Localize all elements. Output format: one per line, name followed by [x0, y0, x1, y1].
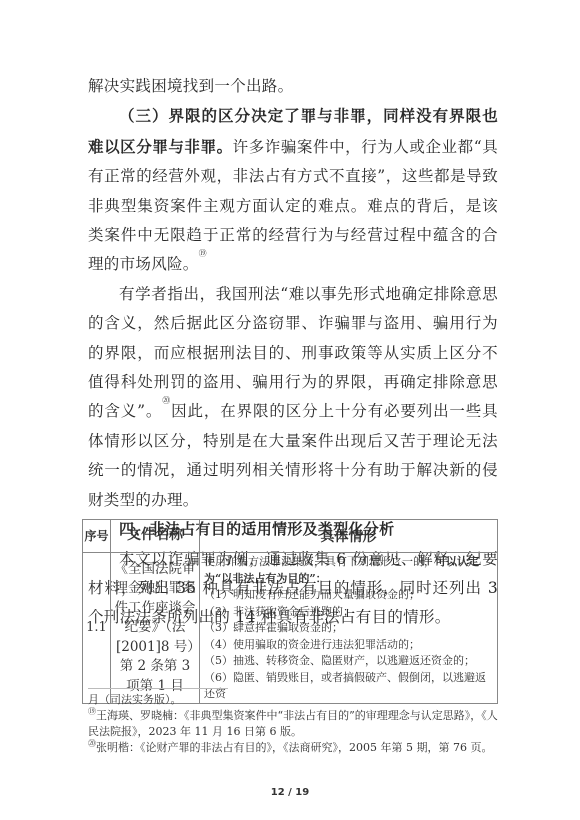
header-seq: 序号 — [83, 520, 111, 553]
paragraph-text: 许多诈骗案件中，行为人或企业都“具有正常的经营外观，非法占有方式不直接”，这些都… — [88, 138, 498, 274]
paragraph-boundary: （三）界限的区分决定了罪与非罪，同样没有界限也难以区分罪与非罪。许多诈骗案件中，… — [88, 101, 498, 279]
page-number: 12 / 19 — [0, 787, 580, 798]
paragraph-continuation: 解决实践困境找到一个出路。 — [88, 72, 498, 101]
cell-seq: 1.1 — [83, 553, 111, 704]
detail-item: （3）肆意挥霍骗取资金的； — [204, 620, 493, 637]
header-name: 文件名称 — [111, 520, 200, 553]
footnotes: 月（司法实务版）。 ⑲王海瑛、罗晓楠：《非典型集资案件中“非法占有目的”的审理理… — [88, 692, 508, 756]
footnote-item: ⑲王海瑛、罗晓楠：《非典型集资案件中“非法占有目的”的审理理念与认定思路》，《人… — [88, 708, 508, 740]
table-row: 1.1 《全国法院审理金融犯罪案件工作座谈会纪要》（法[2001]8 号）第 2… — [83, 553, 498, 704]
table-header-row: 序号 文件名称 具体情形 — [83, 520, 498, 553]
detail-item: （4）使用骗取的资金进行违法犯罪活动的； — [204, 637, 493, 654]
footnote-ref[interactable]: ⑲ — [199, 249, 207, 258]
detail-intro: 使用诈骗方法非法集资，具有下列情形之一的，可以认定为“以非法占有为目的”： — [204, 554, 493, 587]
cell-detail: 使用诈骗方法非法集资，具有下列情形之一的，可以认定为“以非法占有为目的”： （1… — [200, 553, 498, 704]
footnote-item: ⑳张明楷：《论财产罪的非法占有目的》，《法商研究》，2005 年第 5 期，第 … — [88, 740, 508, 756]
cell-name: 《全国法院审理金融犯罪案件工作座谈会纪要》（法[2001]8 号）第 2 条第 … — [111, 553, 200, 704]
document-page: 解决实践困境找到一个出路。 （三）界限的区分决定了罪与非罪，同样没有界限也难以区… — [0, 0, 580, 820]
detail-item: （2）非法获取资金后逃跑的； — [204, 604, 493, 621]
footnote-marker: ⑲ — [88, 707, 96, 716]
detail-item: （1）明知没有归还能力而大量骗取资金的； — [204, 587, 493, 604]
footnote-item: 月（司法实务版）。 — [88, 692, 508, 708]
paragraph-scholar: 有学者指出，我国刑法“难以事先形式地确定排除意思的含义，然后据此区分盗窃罪、诈骗… — [88, 280, 498, 515]
footnote-marker: ⑳ — [88, 739, 96, 748]
header-detail: 具体情形 — [200, 520, 498, 553]
footnote-ref[interactable]: ⑳ — [162, 396, 171, 405]
footnote-separator — [88, 688, 228, 689]
paragraph-text: 有学者指出，我国刑法“难以事先形式地确定排除意思的含义，然后据此区分盗窃罪、诈骗… — [88, 285, 498, 421]
detail-item: （5）抽逃、转移资金、隐匿财产，以逃避返还资金的； — [204, 653, 493, 670]
cases-table: 序号 文件名称 具体情形 1.1 《全国法院审理金融犯罪案件工作座谈会纪要》（法… — [82, 519, 498, 704]
